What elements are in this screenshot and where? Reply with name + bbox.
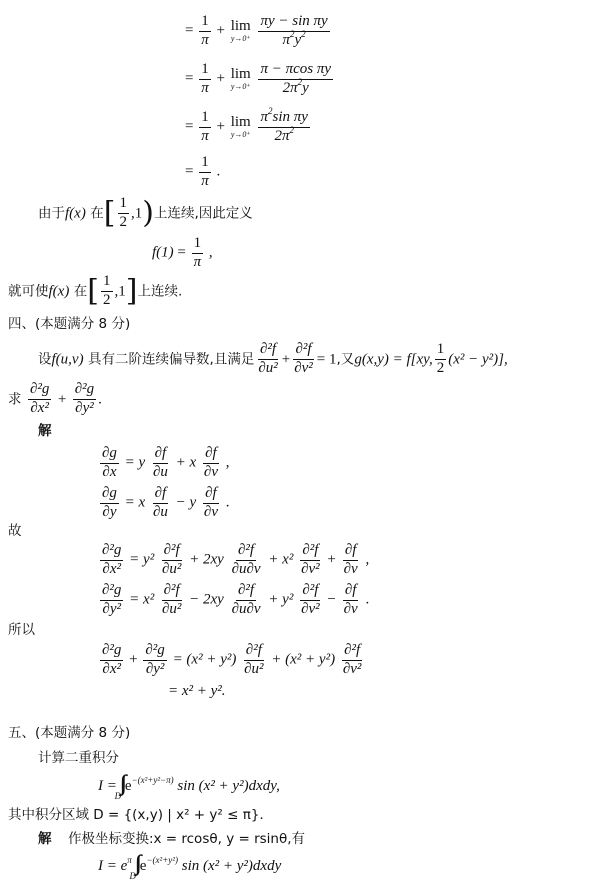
hence-label: 所以 xyxy=(8,624,35,638)
continuity-line-1: 由于f(x) 在[12,1)上连续,因此定义 xyxy=(38,196,253,231)
fraction: 1π xyxy=(192,236,204,271)
problem-5-task: 计算二重积分 xyxy=(38,752,119,766)
fraction: 1π xyxy=(199,62,211,97)
double-integral-sign: ∫∫D xyxy=(136,852,137,881)
fraction: 1π xyxy=(199,14,211,49)
limit-operator: limy→0⁺ xyxy=(231,115,251,139)
integration-domain: 其中积分区域 D = {(x,y) | x² + y² ≤ π}. xyxy=(8,808,264,823)
fraction: ∂²f∂u² xyxy=(256,342,279,377)
therefore-label: 故 xyxy=(8,525,22,539)
limit-operator: limy→0⁺ xyxy=(231,19,251,43)
fraction: π2sin πy2π2 xyxy=(258,110,309,145)
limit-step-3: = 1π + limy→0⁺ π2sin πy2π2 xyxy=(185,110,312,145)
double-integral: I = ∫∫D e−(x²+y²−π) sin (x² + y²)dxdy, xyxy=(98,772,280,801)
continuity-line-3: 就可使f(x) 在[12,1]上连续. xyxy=(8,274,182,309)
limit-step-1: = 1π + limy→0⁺ πy − sin πyπ2y2 xyxy=(185,14,332,49)
fraction: ∂²g∂y² xyxy=(73,382,96,417)
problem-4-question: 求 ∂²g∂x² + ∂²g∂y². xyxy=(8,382,102,417)
solution-label: 解 xyxy=(38,425,52,439)
limit-operator: limy→0⁺ xyxy=(231,67,251,91)
double-integral-sign: ∫∫D xyxy=(121,772,122,801)
fraction: 12 xyxy=(118,196,130,231)
second-derivative-y: ∂²g∂y² = x² ∂²f∂u² − 2xy ∂²f∂u∂v + y² ∂²… xyxy=(98,583,369,618)
first-derivative-y: ∂g∂y = x ∂f∂u − y ∂f∂v . xyxy=(98,486,229,521)
fraction: π − πcos πy2π2y xyxy=(258,62,333,97)
fraction: 1π xyxy=(199,155,211,190)
limit-step-4: = 1π . xyxy=(185,155,220,190)
limit-step-2: = 1π + limy→0⁺ π − πcos πy2π2y xyxy=(185,62,335,97)
fraction: 1π xyxy=(199,110,211,145)
problem-4-statement: 设f(u,v) 具有二阶连续偏导数,且满足∂²f∂u²+∂²f∂v²= 1,又g… xyxy=(38,342,508,377)
problem-4-heading: 四、(本题满分 8 分) xyxy=(8,318,130,332)
problem-5-solution: 解 作极坐标变换:x = rcosθ, y = rsinθ,有 xyxy=(38,832,305,847)
fraction: ∂²g∂x² xyxy=(28,382,51,417)
fraction: ∂²f∂v² xyxy=(292,342,315,377)
fraction: πy − sin πyπ2y2 xyxy=(258,14,329,49)
polar-integral: I = eπ ∫∫D e−(x²+y²) sin (x² + y²)dxdy xyxy=(98,852,281,881)
first-derivative-x: ∂g∂x = y ∂f∂u + x ∂f∂v , xyxy=(98,446,229,481)
second-derivative-x: ∂²g∂x² = y² ∂²f∂u² + 2xy ∂²f∂u∂v + x² ∂²… xyxy=(98,543,369,578)
fraction: 12 xyxy=(101,274,113,309)
laplacian-result: = x² + y². xyxy=(168,684,226,699)
problem-5-heading: 五、(本题满分 8 分) xyxy=(8,727,130,741)
fraction: 12 xyxy=(435,342,447,377)
continuity-definition: f(1) = 1π , xyxy=(152,236,213,271)
laplacian-sum: ∂²g∂x² + ∂²g∂y² = (x² + y²) ∂²f∂u² + (x²… xyxy=(98,643,365,678)
